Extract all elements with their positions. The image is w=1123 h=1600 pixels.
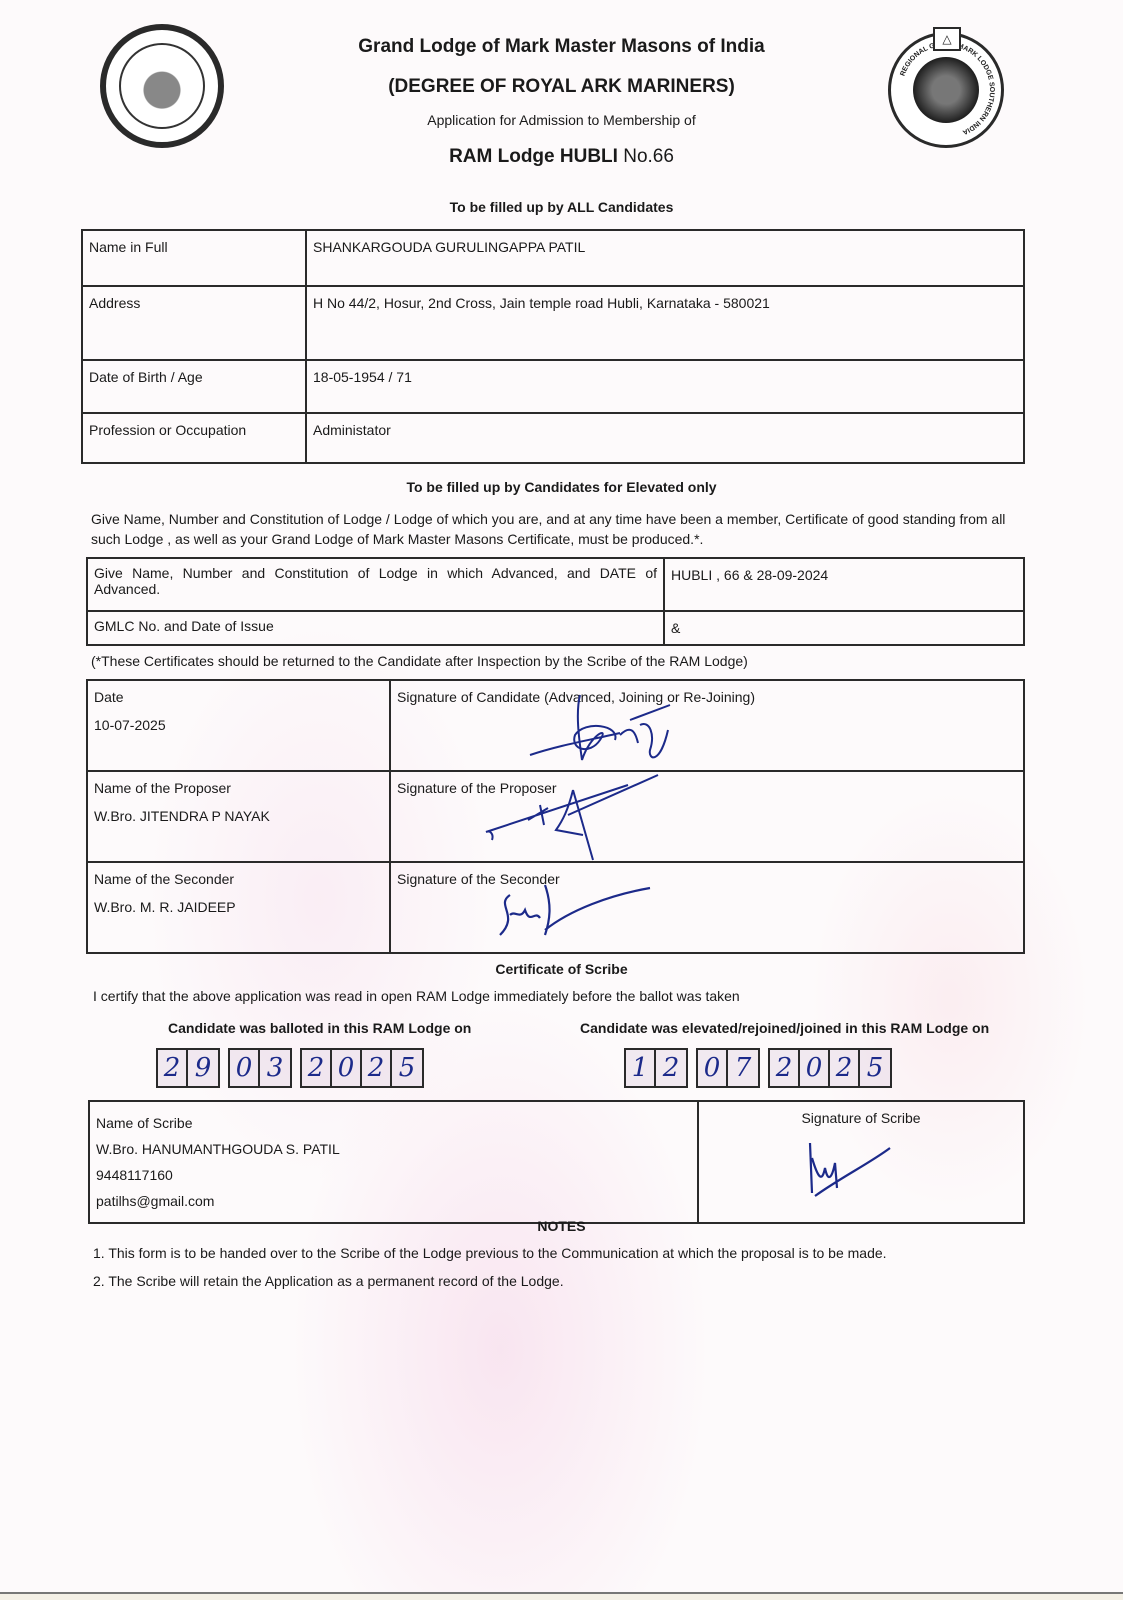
table-row: Name in FullSHANKARGOUDA GURULINGAPPA PA… bbox=[82, 230, 1024, 286]
date-digit[interactable]: 5 bbox=[860, 1050, 890, 1086]
month-boxes: 0 3 bbox=[228, 1048, 292, 1088]
scribe-name: W.Bro. HANUMANTHGOUDA S. PATIL bbox=[96, 1136, 691, 1162]
date-digit[interactable]: 7 bbox=[728, 1050, 758, 1086]
row-label: GMLC No. and Date of Issue bbox=[87, 611, 664, 645]
notes-heading: NOTES bbox=[0, 1218, 1123, 1234]
sig-label: Signature of the Proposer bbox=[397, 780, 557, 796]
scribe-email: patilhs@gmail.com bbox=[96, 1188, 691, 1214]
page-bottom-edge bbox=[0, 1592, 1123, 1600]
date-digit[interactable]: 2 bbox=[770, 1050, 800, 1086]
table-row: Date of Birth / Age18-05-1954 / 71 bbox=[82, 360, 1024, 413]
row-label: Address bbox=[82, 286, 306, 360]
day-boxes: 1 2 bbox=[624, 1048, 688, 1088]
table-row: Name of the SeconderW.Bro. M. R. JAIDEEP… bbox=[87, 862, 1024, 953]
table-row: AddressH No 44/2, Hosur, 2nd Cross, Jain… bbox=[82, 286, 1024, 360]
date-digit[interactable]: 2 bbox=[362, 1050, 392, 1086]
seconder-label: Name of the Seconder bbox=[94, 871, 234, 887]
row-label: Profession or Occupation bbox=[82, 413, 306, 463]
sig-label: Signature of Scribe bbox=[801, 1110, 920, 1126]
occupation-value: Administator bbox=[306, 413, 1024, 463]
section-elevated-heading: To be filled up by Candidates for Elevat… bbox=[0, 479, 1123, 495]
signatures-table: Date10-07-2025 Signature of Candidate (A… bbox=[86, 679, 1025, 954]
scribe-table: Name of Scribe W.Bro. HANUMANTHGOUDA S. … bbox=[88, 1100, 1025, 1224]
section-all-heading: To be filled up by ALL Candidates bbox=[0, 199, 1123, 215]
certificates-footnote: (*These Certificates should be returned … bbox=[91, 651, 748, 671]
elevated-instructions: Give Name, Number and Constitution of Lo… bbox=[91, 509, 1021, 549]
seconder-signature-field[interactable]: Signature of the Seconder bbox=[390, 862, 1024, 953]
date-digit[interactable]: 2 bbox=[302, 1050, 332, 1086]
application-date: 10-07-2025 bbox=[94, 717, 383, 733]
candidate-signature-field[interactable]: Signature of Candidate (Advanced, Joinin… bbox=[390, 680, 1024, 771]
date-digit[interactable]: 0 bbox=[698, 1050, 728, 1086]
table-row: GMLC No. and Date of Issue& bbox=[87, 611, 1024, 645]
note-item: 2. The Scribe will retain the Applicatio… bbox=[93, 1273, 564, 1289]
address-value: H No 44/2, Hosur, 2nd Cross, Jain temple… bbox=[306, 286, 1024, 360]
table-row: Profession or OccupationAdministator bbox=[82, 413, 1024, 463]
advanced-lodge-value: HUBLI , 66 & 28-09-2024 bbox=[664, 558, 1024, 611]
date-digit[interactable]: 2 bbox=[158, 1050, 188, 1086]
day-boxes: 2 9 bbox=[156, 1048, 220, 1088]
elevated-date-boxes: 1 2 0 7 2 0 2 5 bbox=[624, 1048, 892, 1088]
table-row: Name of Scribe W.Bro. HANUMANTHGOUDA S. … bbox=[89, 1101, 1024, 1223]
date-digit[interactable]: 3 bbox=[260, 1050, 290, 1086]
sig-label: Signature of the Seconder bbox=[397, 871, 560, 887]
date-digit[interactable]: 5 bbox=[392, 1050, 422, 1086]
degree-subtitle: (DEGREE OF ROYAL ARK MARINERS) bbox=[0, 76, 1123, 98]
month-boxes: 0 7 bbox=[696, 1048, 760, 1088]
proposer-signature-field[interactable]: Signature of the Proposer bbox=[390, 771, 1024, 862]
proposer-name: W.Bro. JITENDRA P NAYAK bbox=[94, 808, 383, 824]
candidate-details-table: Name in FullSHANKARGOUDA GURULINGAPPA PA… bbox=[81, 229, 1025, 464]
table-row: Name of the ProposerW.Bro. JITENDRA P NA… bbox=[87, 771, 1024, 862]
table-row: Give Name, Number and Constitution of Lo… bbox=[87, 558, 1024, 611]
date-digit[interactable]: 0 bbox=[332, 1050, 362, 1086]
date-digit[interactable]: 2 bbox=[830, 1050, 860, 1086]
scribe-name-label: Name of Scribe bbox=[96, 1110, 691, 1136]
row-label: Name in Full bbox=[82, 230, 306, 286]
seconder-name: W.Bro. M. R. JAIDEEP bbox=[94, 899, 383, 915]
date-label: Date bbox=[94, 689, 124, 705]
note-item: 1. This form is to be handed over to the… bbox=[93, 1245, 887, 1261]
date-digit[interactable]: 0 bbox=[230, 1050, 260, 1086]
date-digit[interactable]: 1 bbox=[626, 1050, 656, 1086]
org-title: Grand Lodge of Mark Master Masons of Ind… bbox=[0, 36, 1123, 58]
row-label: Date of Birth / Age bbox=[82, 360, 306, 413]
elevated-label: Candidate was elevated/rejoined/joined i… bbox=[580, 1020, 989, 1036]
scribe-phone: 9448117160 bbox=[96, 1162, 691, 1188]
full-name-value: SHANKARGOUDA GURULINGAPPA PATIL bbox=[306, 230, 1024, 286]
date-digit[interactable]: 9 bbox=[188, 1050, 218, 1086]
row-label: Give Name, Number and Constitution of Lo… bbox=[87, 558, 664, 611]
scribe-signature-field[interactable]: Signature of Scribe bbox=[698, 1101, 1024, 1223]
scribe-statement: I certify that the above application was… bbox=[93, 986, 740, 1006]
balloted-date-boxes: 2 9 0 3 2 0 2 5 bbox=[156, 1048, 424, 1088]
elevated-details-table: Give Name, Number and Constitution of Lo… bbox=[86, 557, 1025, 646]
date-digit[interactable]: 2 bbox=[656, 1050, 686, 1086]
sig-label: Signature of Candidate (Advanced, Joinin… bbox=[397, 689, 755, 705]
year-boxes: 2 0 2 5 bbox=[300, 1048, 424, 1088]
proposer-label: Name of the Proposer bbox=[94, 780, 231, 796]
dob-age-value: 18-05-1954 / 71 bbox=[306, 360, 1024, 413]
balloted-label: Candidate was balloted in this RAM Lodge… bbox=[168, 1020, 471, 1036]
gmlc-value: & bbox=[664, 611, 1024, 645]
application-line: Application for Admission to Membership … bbox=[0, 112, 1123, 128]
table-row: Date10-07-2025 Signature of Candidate (A… bbox=[87, 680, 1024, 771]
year-boxes: 2 0 2 5 bbox=[768, 1048, 892, 1088]
lodge-name: RAM Lodge HUBLI No.66 bbox=[0, 146, 1123, 168]
date-digit[interactable]: 0 bbox=[800, 1050, 830, 1086]
scribe-certificate-heading: Certificate of Scribe bbox=[0, 961, 1123, 977]
